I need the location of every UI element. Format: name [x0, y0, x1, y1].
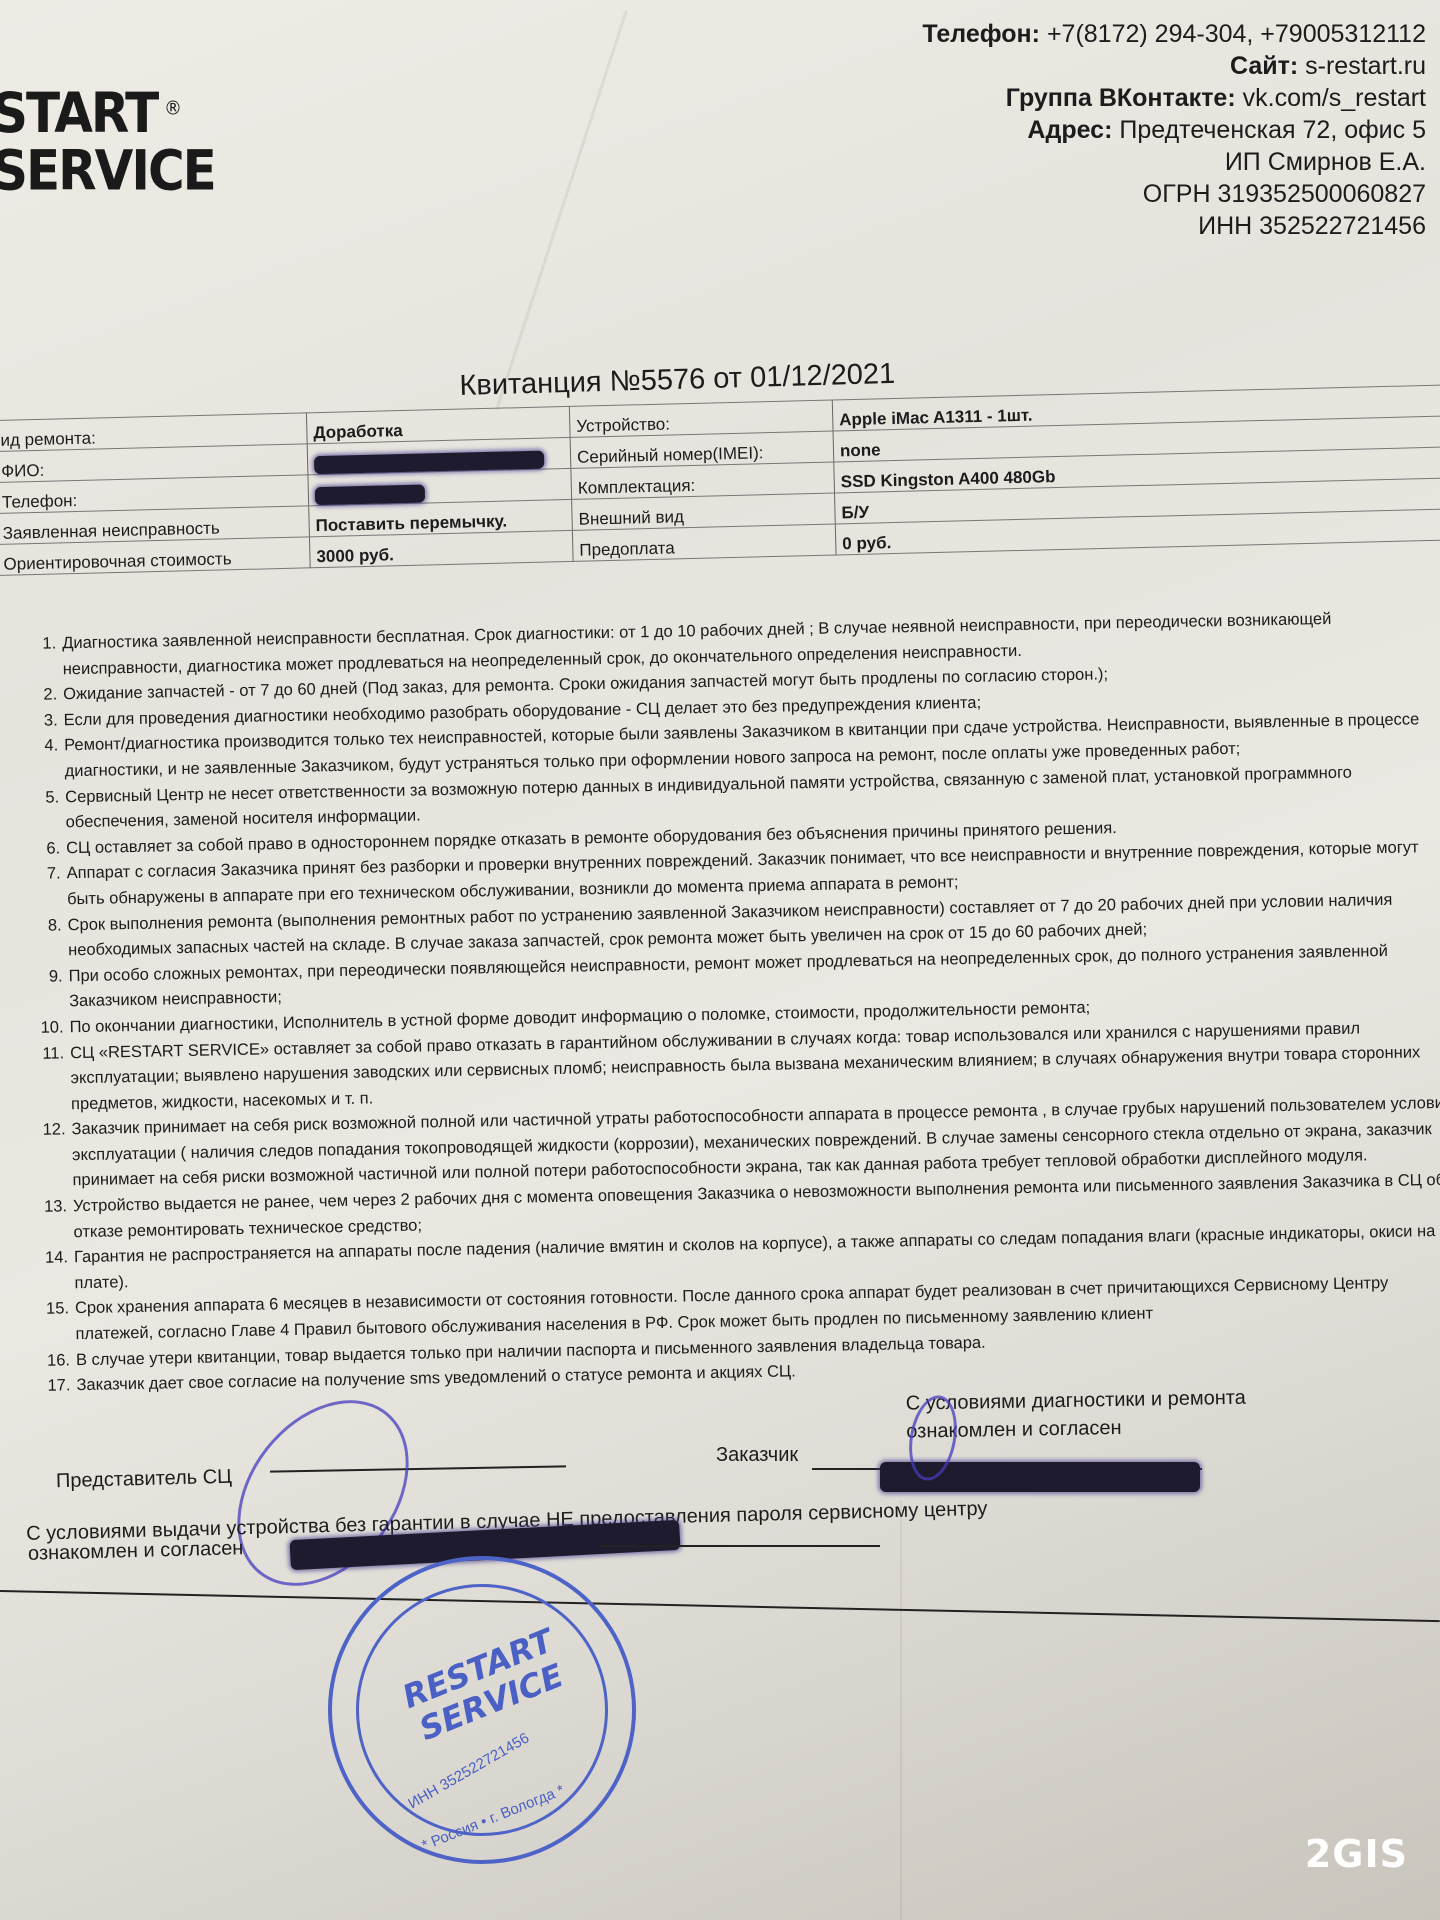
company-stamp: RESTART SERVICE ИНН 352522721456 * Росси… — [308, 1536, 656, 1884]
term-number: 14. — [38, 1245, 75, 1297]
contact-line: Группа ВКонтакте: vk.com/s_restart — [922, 82, 1426, 114]
contact-line: ИП Смирнов Е.А. — [922, 146, 1426, 178]
contact-label: Сайт: — [1230, 52, 1298, 80]
customer-label: Заказчик — [716, 1444, 798, 1467]
cut-line — [0, 1590, 1440, 1622]
logo-line-2: SERVICE — [0, 142, 215, 199]
contact-value: +7(8172) 294-304, +79005312112 — [1047, 20, 1426, 48]
term-number: 9. — [32, 964, 69, 1016]
logo-line-1: START — [0, 85, 215, 142]
term-number: 12. — [35, 1118, 72, 1195]
terms-list: 1.Диагностика заявленной неисправности б… — [26, 605, 1440, 1400]
term-number: 16. — [40, 1348, 76, 1374]
signature-line — [600, 1545, 880, 1547]
contact-value: ИНН 352522721456 — [1198, 212, 1426, 240]
receipt-details-table: ид ремонта:ДоработкаУстройство:Apple iMa… — [0, 384, 1440, 576]
receipt-document: START SERVICE ® Телефон: +7(8172) 294-30… — [0, 0, 1440, 1920]
redacted-field — [315, 484, 425, 505]
contact-value: Предтеченская 72, офис 5 — [1119, 116, 1426, 144]
agreement-text: С условиями диагностики и ремонта ознако… — [906, 1382, 1327, 1445]
contact-line: Телефон: +7(8172) 294-304, +79005312112 — [922, 18, 1426, 50]
contact-line: ИНН 352522721456 — [922, 210, 1426, 242]
term-number: 17. — [40, 1373, 76, 1399]
term-number: 15. — [39, 1297, 76, 1349]
term-number: 2. — [27, 682, 63, 708]
term-number: 4. — [28, 734, 65, 786]
paper-crease — [495, 10, 628, 410]
representative-label: Представитель СЦ — [56, 1466, 233, 1494]
term-number: 5. — [29, 785, 66, 837]
contact-line: Адрес: Предтеченская 72, офис 5 — [922, 114, 1426, 146]
contact-value: ИП Смирнов Е.А. — [1225, 148, 1426, 176]
term-number: 1. — [26, 631, 63, 683]
company-contacts: Телефон: +7(8172) 294-304, +79005312112С… — [922, 18, 1426, 242]
no-warranty-agreed: ознакомлен и согласен — [28, 1537, 244, 1566]
2gis-watermark: 2GIS — [1305, 1832, 1408, 1876]
company-logo: START SERVICE ® — [0, 85, 215, 199]
field-value: 3000 руб. — [309, 530, 573, 567]
term-number: 13. — [37, 1194, 74, 1246]
contact-line: ОГРН 319352500060827 — [922, 178, 1426, 210]
term-number: 11. — [34, 1041, 71, 1118]
contact-label: Телефон: — [922, 20, 1040, 48]
contact-value: s-restart.ru — [1305, 52, 1426, 80]
registered-mark-icon: ® — [164, 80, 180, 137]
field-label: Предоплата — [572, 524, 836, 561]
term-number: 7. — [30, 862, 67, 914]
paper-crease — [900, 1500, 902, 1920]
term-number: 3. — [27, 708, 63, 734]
contact-value: vk.com/s_restart — [1243, 84, 1426, 112]
term-number: 10. — [33, 1015, 69, 1041]
contact-value: ОГРН 319352500060827 — [1143, 180, 1426, 208]
term-number: 6. — [30, 836, 66, 862]
receipt-title: Квитанция №5576 от 01/12/2021 — [459, 358, 896, 403]
contact-label: Группа ВКонтакте: — [1006, 84, 1236, 112]
term-number: 8. — [31, 913, 68, 965]
contact-label: Адрес: — [1027, 116, 1112, 144]
contact-line: Сайт: s-restart.ru — [922, 50, 1426, 82]
